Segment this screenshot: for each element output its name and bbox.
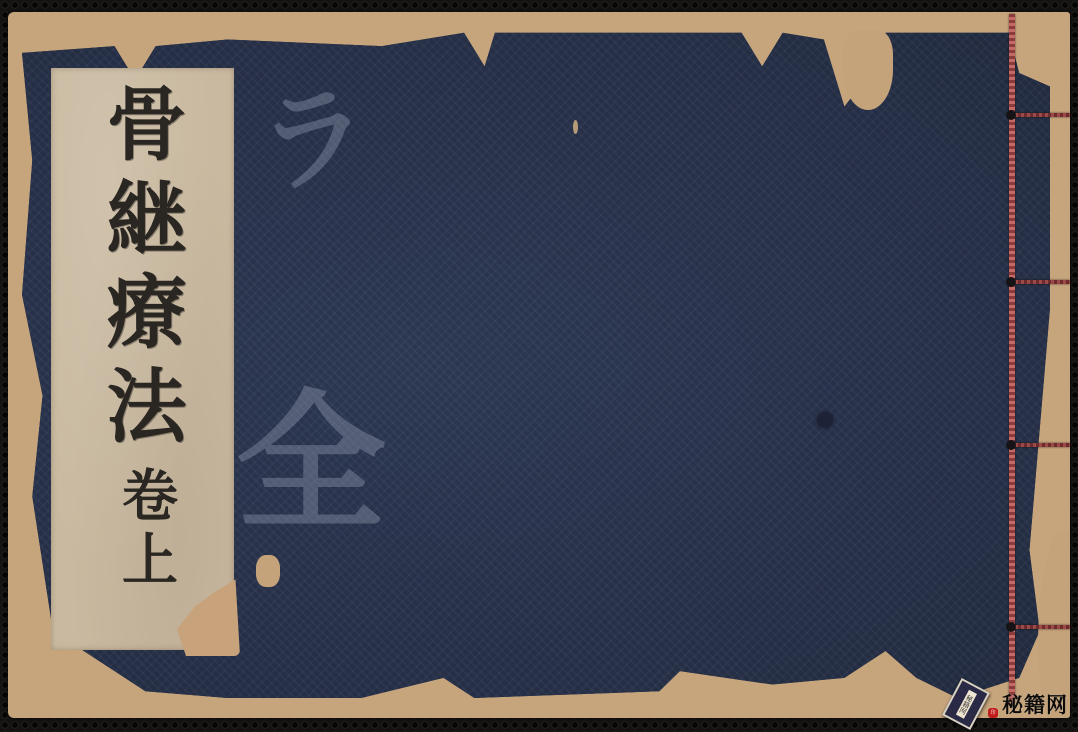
binding-stitch-1 — [1012, 113, 1070, 117]
site-watermark: 秘籍网 印 秘籍网 — [950, 680, 1076, 728]
book-logo-icon: 秘籍网 — [942, 678, 990, 730]
binding-hole-1 — [1006, 110, 1016, 120]
binding-stitch-2 — [1012, 280, 1070, 284]
binding-hole-4 — [1006, 622, 1016, 632]
hole-mark — [573, 120, 578, 134]
dark-spot — [817, 412, 833, 428]
watermark-text: 秘籍网 — [1002, 689, 1068, 719]
faint-mark-top: ラ — [248, 45, 379, 217]
paper-damage-stain — [256, 555, 280, 587]
binding-hole-3 — [1006, 440, 1016, 450]
volume-label: 卷上 — [111, 466, 181, 594]
book-title: 骨継療法 — [85, 82, 195, 458]
paper-damage-top-right — [843, 30, 893, 110]
binding-stitch-4 — [1012, 625, 1070, 629]
red-seal-icon: 印 — [988, 708, 998, 718]
binding-stitch-3 — [1012, 443, 1070, 447]
binding-hole-2 — [1006, 277, 1016, 287]
faint-mark-middle: 全 — [236, 342, 386, 558]
title-label: 骨継療法 卷上 — [51, 68, 234, 650]
